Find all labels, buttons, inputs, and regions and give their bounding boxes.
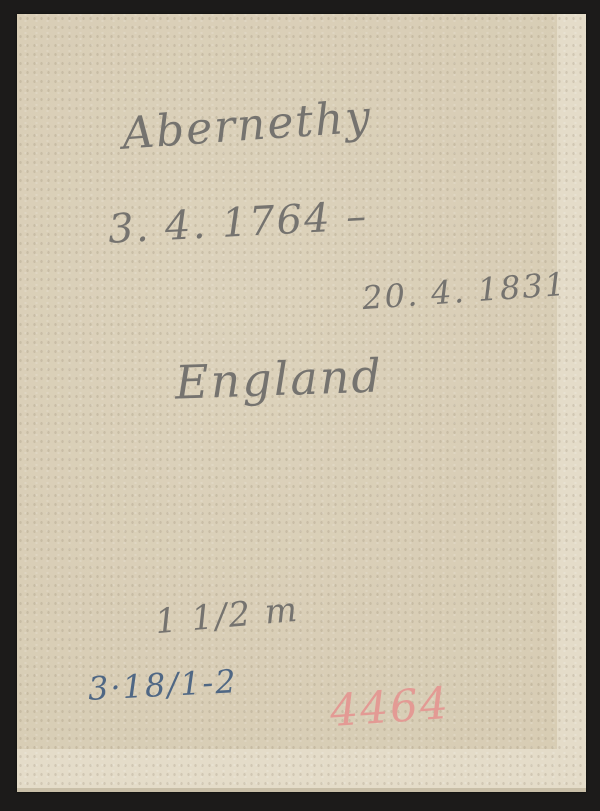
card-edge [17, 788, 586, 792]
red-pencil-number: 4464 [328, 678, 451, 737]
handwritten-call-number: 3·18/1-2 [87, 662, 238, 708]
handwritten-country: England [174, 348, 384, 409]
